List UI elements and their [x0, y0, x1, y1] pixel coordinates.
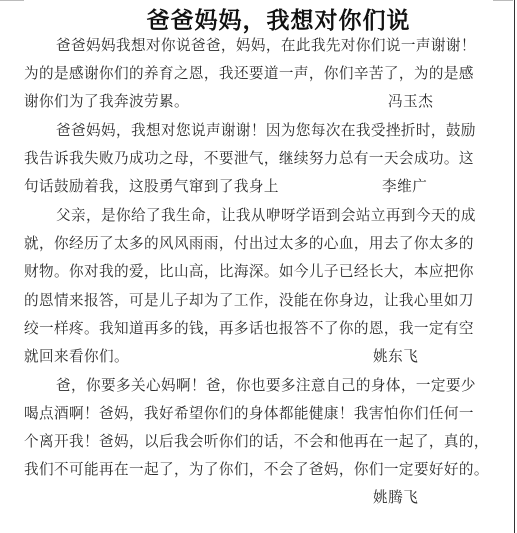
paragraph-2-line-1: 爸爸妈妈，我想对您说声谢谢！因为您每次在我受挫折时，鼓励	[56, 122, 517, 140]
paragraph-3-line-3: 财物。你对我的爱，比山高，比海深。如今儿子已经长大，本应把你	[24, 263, 494, 281]
signature-1: 冯玉杰	[388, 93, 433, 111]
page-border	[514, 0, 515, 533]
paragraph-4-line-4: 我们不可能再在一起了，为了你们，不会了爸妈，你们一定要好好的。	[24, 461, 494, 479]
paragraph-3-line-5: 绞一样疼。我知道再多的钱，再多话也报答不了你的恩，我一定有空	[24, 320, 494, 338]
page-corner-mark	[493, 0, 513, 1]
signature-4: 姚腾飞	[373, 489, 418, 507]
paragraph-4-line-1: 爸，你要多关心妈啊！爸，你也要多注意自己的身体，一定要少	[56, 377, 517, 395]
paragraph-3-line-4: 的恩情来报答，可是儿子却为了工作，没能在你身边，让我心里如刀	[24, 292, 494, 310]
paragraph-1-line-2: 为的是感谢你们的养育之恩，我还要道一声，你们辛苦了，为的是感	[24, 65, 494, 83]
page-corner-mark	[0, 0, 24, 1]
paragraph-3-line-1: 父亲，是你给了我生命，让我从咿呀学语到会站立再到今天的成	[56, 207, 517, 225]
paragraph-3-line-6: 就回来看你们。	[24, 348, 494, 366]
paragraph-3-line-2: 就，你经历了太多的风风雨雨，付出过太多的心血，用去了你太多的	[24, 235, 494, 253]
paragraph-4-line-2: 喝点酒啊！爸妈，我好希望你们的身体都能健康！我害怕你们任何一	[24, 405, 494, 423]
signature-2: 李维广	[382, 178, 427, 196]
paragraph-2-line-2: 我告诉我失败乃成功之母，不要泄气，继续努力总有一天会成功。这	[24, 150, 494, 168]
paragraph-4-line-3: 个离开我！爸妈，以后我会听你们的话，不会和他再在一起了，真的，	[24, 433, 494, 451]
paragraph-1-line-1: 爸爸妈妈我想对你说爸爸，妈妈，在此我先对你们说一声谢谢！	[56, 37, 517, 55]
signature-3: 姚东飞	[373, 348, 418, 366]
page-title: 爸爸妈妈，我想对你们说	[0, 2, 517, 35]
